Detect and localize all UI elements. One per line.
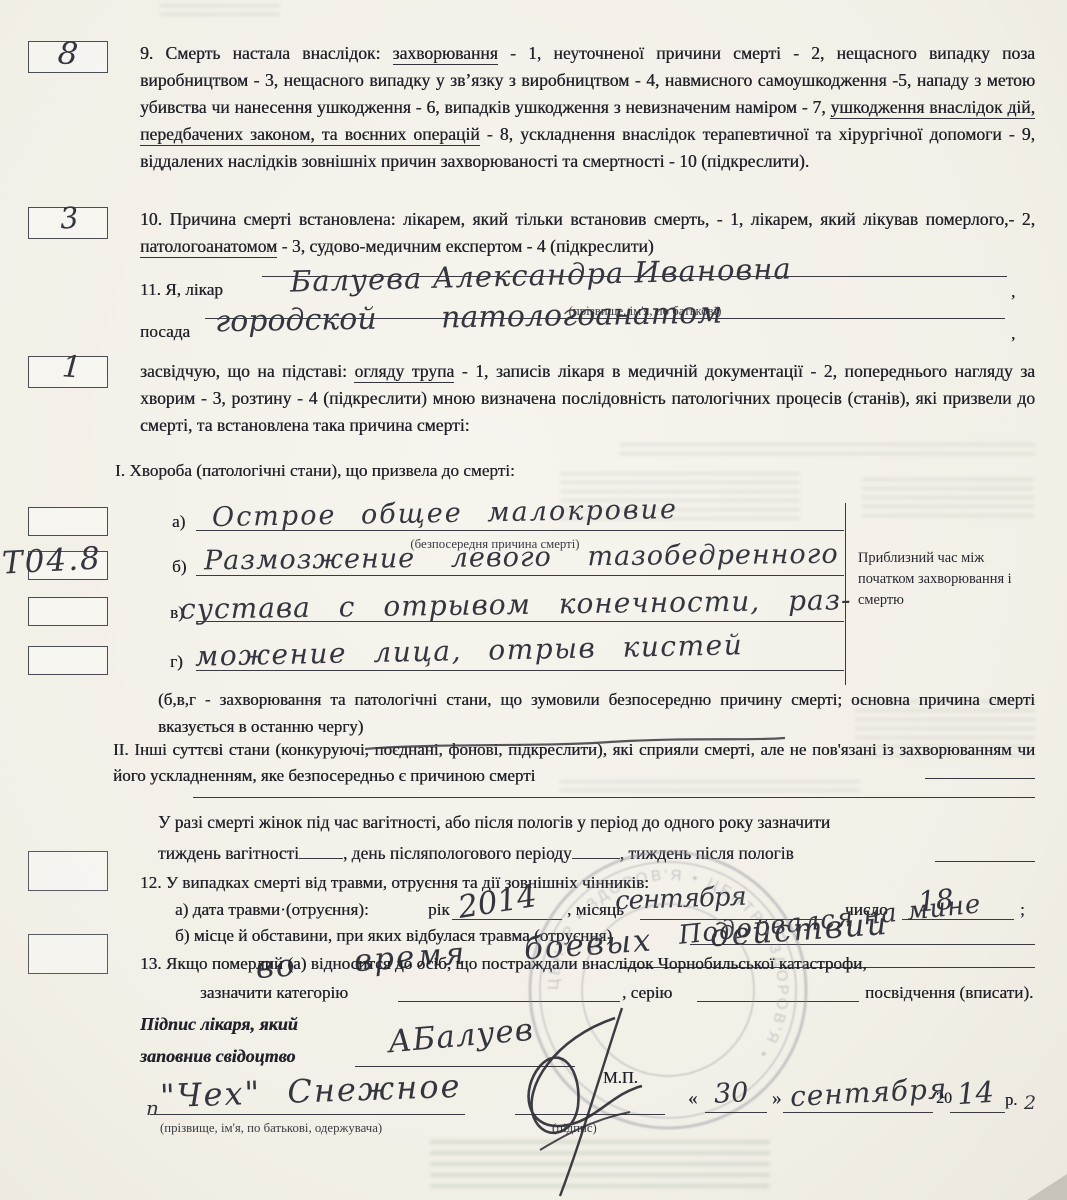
quote-close: » bbox=[772, 1088, 782, 1110]
side-note-divider bbox=[845, 503, 846, 685]
pregnancy-text: У разі смерті жінок під час вагітності, … bbox=[158, 812, 830, 833]
death-certificate-scan: 8 9. Смерть настала внаслідок: захворюва… bbox=[0, 0, 1067, 1200]
item13-posvid-label: посвідчення (вписати). bbox=[865, 983, 1033, 1003]
code-box-a bbox=[28, 507, 108, 536]
certify-paragraph: засвідчую, що на підставі: огляду трупа … bbox=[140, 358, 1035, 439]
row-b-label: б) bbox=[172, 557, 186, 577]
row-g-label: г) bbox=[170, 652, 183, 672]
item12a-semicolon: ; bbox=[1020, 900, 1025, 920]
date-day-handwritten: 30 bbox=[713, 1077, 749, 1110]
item13-category-label: зазначити категорію bbox=[200, 983, 348, 1003]
recipient-prefix-handwritten: п bbox=[146, 1096, 159, 1120]
year-prefix-label: 20 bbox=[936, 1090, 952, 1108]
bleed-smudge bbox=[862, 478, 1034, 522]
item11-comma: , bbox=[1011, 282, 1015, 302]
icd-code-handwritten: Т04.8 bbox=[1, 540, 102, 581]
code-box-item12 bbox=[28, 851, 108, 891]
pregnancy-week-label: тиждень вагітності bbox=[158, 843, 299, 863]
handwritten-code-10: 3 bbox=[59, 200, 80, 235]
cause-a-handwritten: Острое общее малокровие bbox=[212, 494, 678, 533]
item10-text: 10. Причина смерті встановлена: лікарем,… bbox=[140, 209, 1035, 229]
recipient-note: (прізвище, ім'я, по батькові, одержувача… bbox=[160, 1121, 382, 1136]
item11-label: 11. Я, лікар bbox=[140, 280, 223, 300]
stray-mark-handwritten: 2 bbox=[1024, 1092, 1036, 1114]
cause-g-handwritten: можение лица, отрыв кистей bbox=[195, 628, 744, 672]
item10-underlined-choice-3: патологоанатомом bbox=[140, 236, 277, 258]
handwritten-code-9: 8 bbox=[56, 35, 79, 73]
date-year-handwritten: 14 bbox=[956, 1075, 995, 1111]
row-a-label: а) bbox=[172, 512, 185, 532]
recipient-handwritten: "Чех" Снежное bbox=[159, 1067, 462, 1115]
date-month-handwritten: сентября bbox=[789, 1072, 948, 1113]
code-box-g bbox=[28, 646, 108, 675]
rik-label: рік bbox=[428, 900, 450, 920]
doctor-sign-label-line1: Підпис лікаря, який bbox=[140, 1014, 298, 1035]
item9-underlined-choice-1: захворювання bbox=[393, 43, 498, 65]
handwritten-code-certify: 1 bbox=[61, 349, 82, 385]
bleed-smudge bbox=[620, 443, 1035, 461]
code-box-v bbox=[28, 597, 108, 626]
item12a-label: а) дата травми·(отруєння): bbox=[175, 900, 369, 920]
bleed-smudge bbox=[160, 4, 280, 22]
doctor-sign-label-line2: заповнив свідоцтво bbox=[140, 1046, 295, 1067]
item10-text: - 3, судово-медичним експертом - 4 (підк… bbox=[277, 236, 654, 256]
certify-underlined-choice-1: огляду трупа bbox=[354, 361, 454, 383]
code-box-item13 bbox=[28, 934, 108, 974]
item9-text: 9. Смерть настала внаслідок: bbox=[140, 43, 393, 63]
item9-paragraph: 9. Смерть настала внаслідок: захворюванн… bbox=[140, 40, 1035, 175]
posada-comma: , bbox=[1011, 324, 1015, 344]
cause-v-handwritten: сустава с отрывом конечности, раз- bbox=[180, 583, 852, 625]
note-bvg: (б,в,г - захворювання та патологічні ста… bbox=[158, 686, 1035, 740]
certify-text: засвідчую, що на підставі: bbox=[140, 361, 354, 381]
sectionI-heading: І. Хвороба (патологічні стани), що призв… bbox=[115, 461, 515, 481]
item10-paragraph: 10. Причина смерті встановлена: лікарем,… bbox=[140, 206, 1035, 260]
r-label: р. bbox=[1005, 1090, 1017, 1110]
scan-corner-shade bbox=[1027, 1174, 1067, 1200]
signature-flourish bbox=[480, 1000, 710, 1200]
side-note: Приблизний час між початком захворювання… bbox=[858, 548, 1036, 611]
quote-open: « bbox=[688, 1088, 698, 1110]
pen-stroke bbox=[360, 733, 790, 757]
cause-b-handwritten: Размозжение левого тазобедренного bbox=[204, 539, 839, 577]
posada-label: посада bbox=[140, 322, 190, 342]
